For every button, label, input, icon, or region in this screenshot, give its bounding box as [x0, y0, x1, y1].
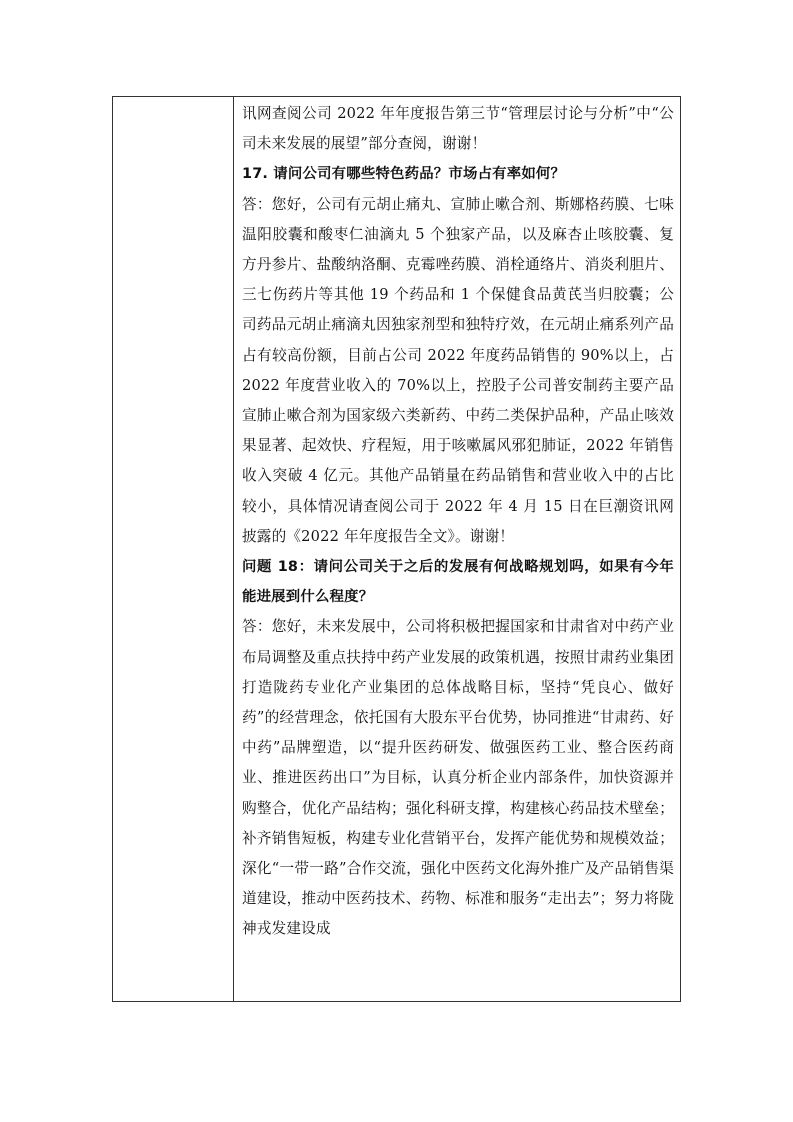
table-left-cell	[113, 97, 234, 1001]
answer-17: 答：您好，公司有元胡止痛丸、宣肺止嗽合剂、斯娜格药膜、七味温阳胶囊和酸枣仁油滴丸…	[242, 190, 674, 552]
question-17-heading: 17. 请问公司有哪些特色药品？市场占有率如何？	[242, 159, 674, 189]
paragraph-continued-answer: 讯网查阅公司 2022 年年度报告第三节“管理层讨论与分析”中“公司未来发展的展…	[242, 99, 674, 159]
answer-18: 答：您好，未来发展中，公司将积极把握国家和甘肃省对中药产业布局调整及重点扶持中药…	[242, 612, 674, 944]
question-18-heading: 问题 18：请问公司关于之后的发展有何战略规划吗，如果有今年能进展到什么程度？	[242, 552, 674, 612]
table-right-cell: 讯网查阅公司 2022 年年度报告第三节“管理层讨论与分析”中“公司未来发展的展…	[234, 97, 680, 1001]
qa-table: 讯网查阅公司 2022 年年度报告第三节“管理层讨论与分析”中“公司未来发展的展…	[112, 96, 681, 1002]
